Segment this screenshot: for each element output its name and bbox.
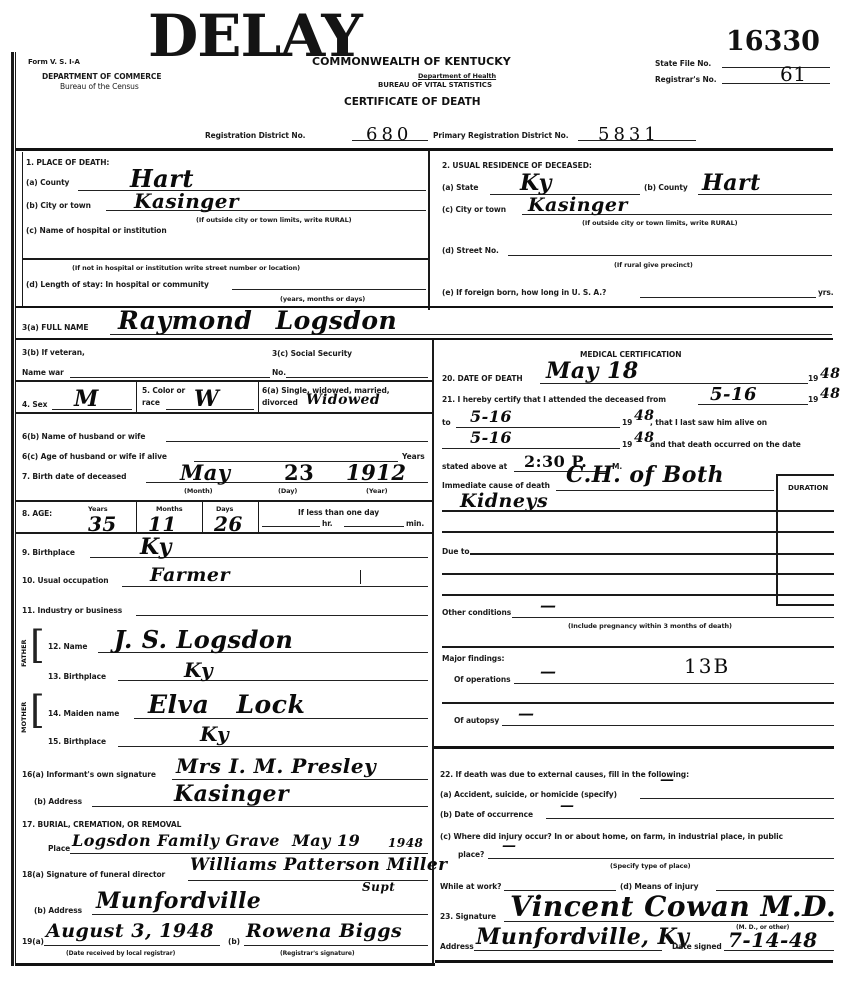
last-saw-line <box>442 448 620 449</box>
date-of-death-label: 20. DATE OF DEATH <box>442 374 523 383</box>
other-conditions-label: Other conditions <box>442 608 511 617</box>
section-divider-5 <box>15 500 432 502</box>
informant-signature-value[interactable]: Mrs I. M. Presley <box>176 754 376 778</box>
accident-label: (a) Accident, suicide, or homicide (spec… <box>440 790 617 799</box>
stated-above-label: stated above at <box>442 462 507 471</box>
immediate-cause-label: Immediate cause of death <box>442 481 550 490</box>
sex-label: 4. Sex <box>22 400 47 409</box>
burial-date-value[interactable]: May 19 <box>292 831 360 850</box>
spouse-name-label: 6(b) Name of husband or wife <box>22 432 145 441</box>
registrar-number-label: Registrar's No. <box>655 75 716 84</box>
minutes-line <box>344 526 404 527</box>
hours-line <box>262 526 320 527</box>
full-name-value[interactable]: Raymond Logsdon <box>118 306 397 335</box>
to-label: to <box>442 418 451 427</box>
date-occurrence-value[interactable]: — <box>560 798 575 814</box>
state-file-line <box>722 67 830 68</box>
registrar-signature-line <box>244 945 428 946</box>
foreign-born-label: (e) If foreign born, how long in U. S. A… <box>442 288 606 297</box>
physician-address-label: Address <box>440 942 474 951</box>
bureau-label: Bureau of the Census <box>60 82 139 91</box>
sex-value[interactable]: M <box>74 386 99 412</box>
length-stay-line <box>232 289 426 290</box>
death-occurred-label: and that death occurred on the date <box>650 440 801 449</box>
state-file-label: State File No. <box>655 59 711 68</box>
race-marital-divider <box>258 381 259 412</box>
autopsy-value[interactable]: — <box>518 704 535 723</box>
bureau-vital-statistics: BUREAU OF VITAL STATISTICS <box>378 81 492 89</box>
birth-day-value[interactable]: 23 <box>284 460 314 485</box>
certify-label: 21. I hereby certify that I attended the… <box>442 395 666 404</box>
department-label: DEPARTMENT OF COMMERCE <box>42 72 161 81</box>
birth-year-note: (Year) <box>366 487 387 495</box>
autopsy-label: Of autopsy <box>454 716 499 725</box>
father-name-value[interactable]: J. S. Logsdon <box>114 625 293 654</box>
mother-birthplace-line <box>118 746 428 747</box>
department-of-health: Department of Health <box>418 72 496 80</box>
age-divider-3 <box>258 501 259 532</box>
registrar-number-value[interactable]: 61 <box>780 62 806 86</box>
funeral-director-note[interactable]: Supt <box>362 880 395 894</box>
section-divider-22 <box>434 746 834 749</box>
bottom-border-right <box>435 960 833 963</box>
immediate-cause-value-2[interactable]: Kidneys <box>460 490 548 512</box>
operations-divider <box>442 702 834 704</box>
duration-box-top <box>776 474 834 476</box>
residence-state-value[interactable]: Ky <box>520 170 552 196</box>
age-divider-1 <box>136 501 137 532</box>
date-occurrence-line <box>546 818 834 819</box>
place-box-left <box>22 152 23 306</box>
section-divider-2 <box>15 338 833 340</box>
date-received-note: (Date received by local registrar) <box>66 950 175 957</box>
date-received-value[interactable]: August 3, 1948 <box>46 920 214 942</box>
where-injury-label: (c) Where did injury occur? In or about … <box>440 832 783 841</box>
duration-label: DURATION <box>788 484 828 492</box>
injury-place-value[interactable]: — <box>502 838 517 854</box>
burial-year-value[interactable]: 1948 <box>388 836 423 850</box>
birth-month-value[interactable]: May <box>180 460 231 485</box>
attended-from-year-prefix: 19 <box>808 395 818 404</box>
mother-brace: [ <box>30 688 45 732</box>
age-divider-2 <box>202 501 203 532</box>
major-findings-label: Major findings: <box>442 654 504 663</box>
header-divider <box>15 148 833 151</box>
pregnancy-note: (Include pregnancy within 3 months of de… <box>568 622 732 630</box>
primary-district-label: Primary Registration District No. <box>433 131 568 140</box>
autopsy-line <box>502 725 834 726</box>
physician-signature-value[interactable]: Vincent Cowan M.D. <box>510 890 836 923</box>
social-security-line <box>286 377 428 378</box>
father-side-label: FATHER <box>20 639 28 667</box>
immediate-cause-line <box>556 490 774 491</box>
operations-line <box>514 683 834 684</box>
burial-place-line <box>70 853 428 854</box>
industry-label: 11. Industry or business <box>22 606 122 615</box>
father-name-label: 12. Name <box>48 642 87 651</box>
date-signed-value[interactable]: 7-14-48 <box>728 928 818 952</box>
place-divider <box>22 258 428 260</box>
residence-city-label: (c) City or town <box>442 205 506 214</box>
last-saw-label: , that I last saw him alive on <box>650 418 767 427</box>
occupation-tick <box>360 570 361 584</box>
while-at-work-label: While at work? <box>440 882 501 891</box>
hours-label: hr. <box>322 519 333 528</box>
primary-district-value[interactable]: 5831 <box>598 124 660 145</box>
section-divider-6 <box>15 532 432 534</box>
annotation-13b: 13B <box>684 654 730 678</box>
occupation-label: 10. Usual occupation <box>22 576 109 585</box>
operations-label: Of operations <box>454 675 510 684</box>
death-city-label: (b) City or town <box>26 201 91 210</box>
funeral-address-value[interactable]: Munfordville <box>96 888 261 914</box>
informant-signature-line <box>172 779 428 780</box>
registration-district-label: Registration District No. <box>205 131 305 140</box>
mother-side-label: MOTHER <box>20 702 28 733</box>
section-divider-4 <box>15 412 432 414</box>
mother-birthplace-value[interactable]: Ky <box>200 722 229 746</box>
war-label: Name war <box>22 368 64 377</box>
section-divider-3 <box>15 380 432 382</box>
registrar-signature-label: (b) <box>228 937 240 946</box>
registration-district-value[interactable]: 680 <box>366 124 412 145</box>
death-year-prefix: 19 <box>808 374 818 383</box>
date-received-label: 19(a) <box>22 937 44 946</box>
funeral-director-label: 18(a) Signature of funeral director <box>22 870 165 879</box>
date-of-death-value[interactable]: May 18 <box>546 358 639 384</box>
physician-signature-label: 23. Signature <box>440 912 496 921</box>
funeral-address-label: (b) Address <box>34 906 82 915</box>
funeral-address-line <box>92 914 428 915</box>
death-year-value[interactable]: 48 <box>820 366 840 382</box>
certificate-title: CERTIFICATE OF DEATH <box>344 96 481 108</box>
due-to-line <box>470 553 834 555</box>
father-birthplace-value[interactable]: Ky <box>184 658 213 682</box>
social-security-no-label: No. <box>272 368 286 377</box>
column-divider-top <box>428 150 430 310</box>
other-conditions-line <box>512 617 834 618</box>
less-than-day-label: If less than one day <box>298 508 379 517</box>
birthplace-value[interactable]: Ky <box>140 534 172 560</box>
public-place-label: place? <box>458 850 484 859</box>
immediate-cause-value[interactable]: C.H. of Both <box>566 462 724 488</box>
burial-place-value[interactable]: Logsdon Family Grave <box>72 831 280 850</box>
birthplace-label: 9. Birthplace <box>22 548 75 557</box>
birth-date-label: 7. Birth date of deceased <box>22 472 126 481</box>
occupation-value[interactable]: Farmer <box>150 564 230 586</box>
burial-heading: 17. BURIAL, CREMATION, OR REMOVAL <box>22 820 181 829</box>
accident-value[interactable]: — <box>660 772 675 788</box>
mother-name-value[interactable]: Elva Lock <box>148 690 305 719</box>
funeral-director-value[interactable]: Williams Patterson Miller <box>190 855 448 875</box>
registrar-number-line <box>722 83 830 84</box>
veteran-label: 3(b) If veteran, <box>22 348 85 357</box>
bottom-border-left <box>15 963 435 966</box>
informant-address-label: (b) Address <box>34 797 82 806</box>
length-stay-label: (d) Length of stay: In hospital or commu… <box>26 280 209 289</box>
duration-box-left <box>776 474 778 606</box>
foreign-born-line <box>640 297 816 298</box>
last-saw-value[interactable]: 5-16 <box>470 428 512 447</box>
residence-heading: 2. USUAL RESIDENCE OF DECEASED: <box>442 161 592 170</box>
industry-line <box>136 615 428 616</box>
registrar-signature-value[interactable]: Rowena Biggs <box>246 920 402 942</box>
informant-address-value[interactable]: Kasinger <box>174 781 289 807</box>
residence-city-note: (If outside city or town limits, write R… <box>582 219 738 227</box>
race-value[interactable]: W <box>194 386 219 412</box>
hospital-label: (c) Name of hospital or institution <box>26 226 167 235</box>
death-city-value[interactable]: Kasinger <box>134 189 239 213</box>
commonwealth-title: COMMONWEALTH OF KENTUCKY <box>312 55 511 68</box>
birth-month-note: (Month) <box>184 487 213 495</box>
minutes-label: min. <box>406 519 424 528</box>
date-received-line <box>44 945 220 946</box>
residence-state-label: (a) State <box>442 183 478 192</box>
registrar-signature-note: (Registrar's signature) <box>280 950 355 957</box>
spouse-name-line <box>166 441 428 442</box>
findings-divider <box>442 646 834 648</box>
age-label: 8. AGE: <box>22 509 52 518</box>
full-name-label: 3(a) FULL NAME <box>22 323 88 332</box>
death-city-note: (If outside city or town limits, write R… <box>196 216 352 224</box>
death-county-label: (a) County <box>26 178 69 187</box>
date-occurrence-label: (b) Date of occurrence <box>440 810 533 819</box>
physician-address-value[interactable]: Munfordville, Ky <box>476 924 690 950</box>
sex-race-divider <box>136 381 137 412</box>
birth-year-value[interactable]: 1912 <box>346 460 406 485</box>
last-saw-year-prefix: 19 <box>622 440 632 449</box>
attended-from-value[interactable]: 5-16 <box>710 384 757 405</box>
state-file-number-stamp: 16330 <box>726 26 820 57</box>
form-number: Form V. S. I-A <box>28 58 80 66</box>
other-conditions-value[interactable]: — <box>540 596 557 615</box>
outer-left-border <box>11 52 14 966</box>
accident-line <box>640 798 834 799</box>
street-note: (If rural give precinct) <box>614 261 693 269</box>
informant-signature-label: 16(a) Informant's own signature <box>22 770 156 779</box>
due-to-label: Due to <box>442 547 469 556</box>
street-label: (d) Street No. <box>442 246 499 255</box>
physician-address-line <box>474 950 662 951</box>
street-line <box>508 255 832 256</box>
outer-left-border-inner <box>15 52 16 966</box>
attended-from-year[interactable]: 48 <box>820 386 840 402</box>
father-birthplace-label: 13. Birthplace <box>48 672 106 681</box>
injury-place-line <box>488 858 834 859</box>
operations-value[interactable]: — <box>540 662 557 681</box>
father-birthplace-line <box>118 680 428 681</box>
length-stay-note: (years, months or days) <box>280 295 365 303</box>
war-line <box>70 377 270 378</box>
duration-box-bottom <box>776 604 834 606</box>
mother-birthplace-label: 15. Birthplace <box>48 737 106 746</box>
residence-county-value[interactable]: Hart <box>702 170 761 196</box>
social-security-label: 3(c) Social Security <box>272 349 352 358</box>
burial-place-label: Place <box>48 844 70 853</box>
attended-to-value[interactable]: 5-16 <box>470 407 512 426</box>
birth-day-note: (Day) <box>278 487 297 495</box>
marital-value[interactable]: Widowed <box>306 392 380 408</box>
date-signed-label: Date signed <box>672 942 722 951</box>
father-brace: [ <box>30 623 45 667</box>
residence-city-value[interactable]: Kasinger <box>528 194 628 216</box>
attended-to-year-prefix: 19 <box>622 418 632 427</box>
injury-place-note: (Specify type of place) <box>610 862 691 870</box>
residence-county-label: (b) County <box>644 183 688 192</box>
place-of-death-heading: 1. PLACE OF DEATH: <box>26 158 109 167</box>
foreign-born-suffix: yrs. <box>818 288 834 297</box>
hospital-note: (If not in hospital or institution write… <box>72 264 300 272</box>
race-label: 5. Color or race <box>142 385 192 409</box>
external-causes-heading: 22. If death was due to external causes,… <box>440 770 689 779</box>
occupation-line <box>122 586 428 587</box>
spouse-age-label: 6(c) Age of husband or wife if alive <box>22 452 167 461</box>
mother-name-label: 14. Maiden name <box>48 709 119 718</box>
